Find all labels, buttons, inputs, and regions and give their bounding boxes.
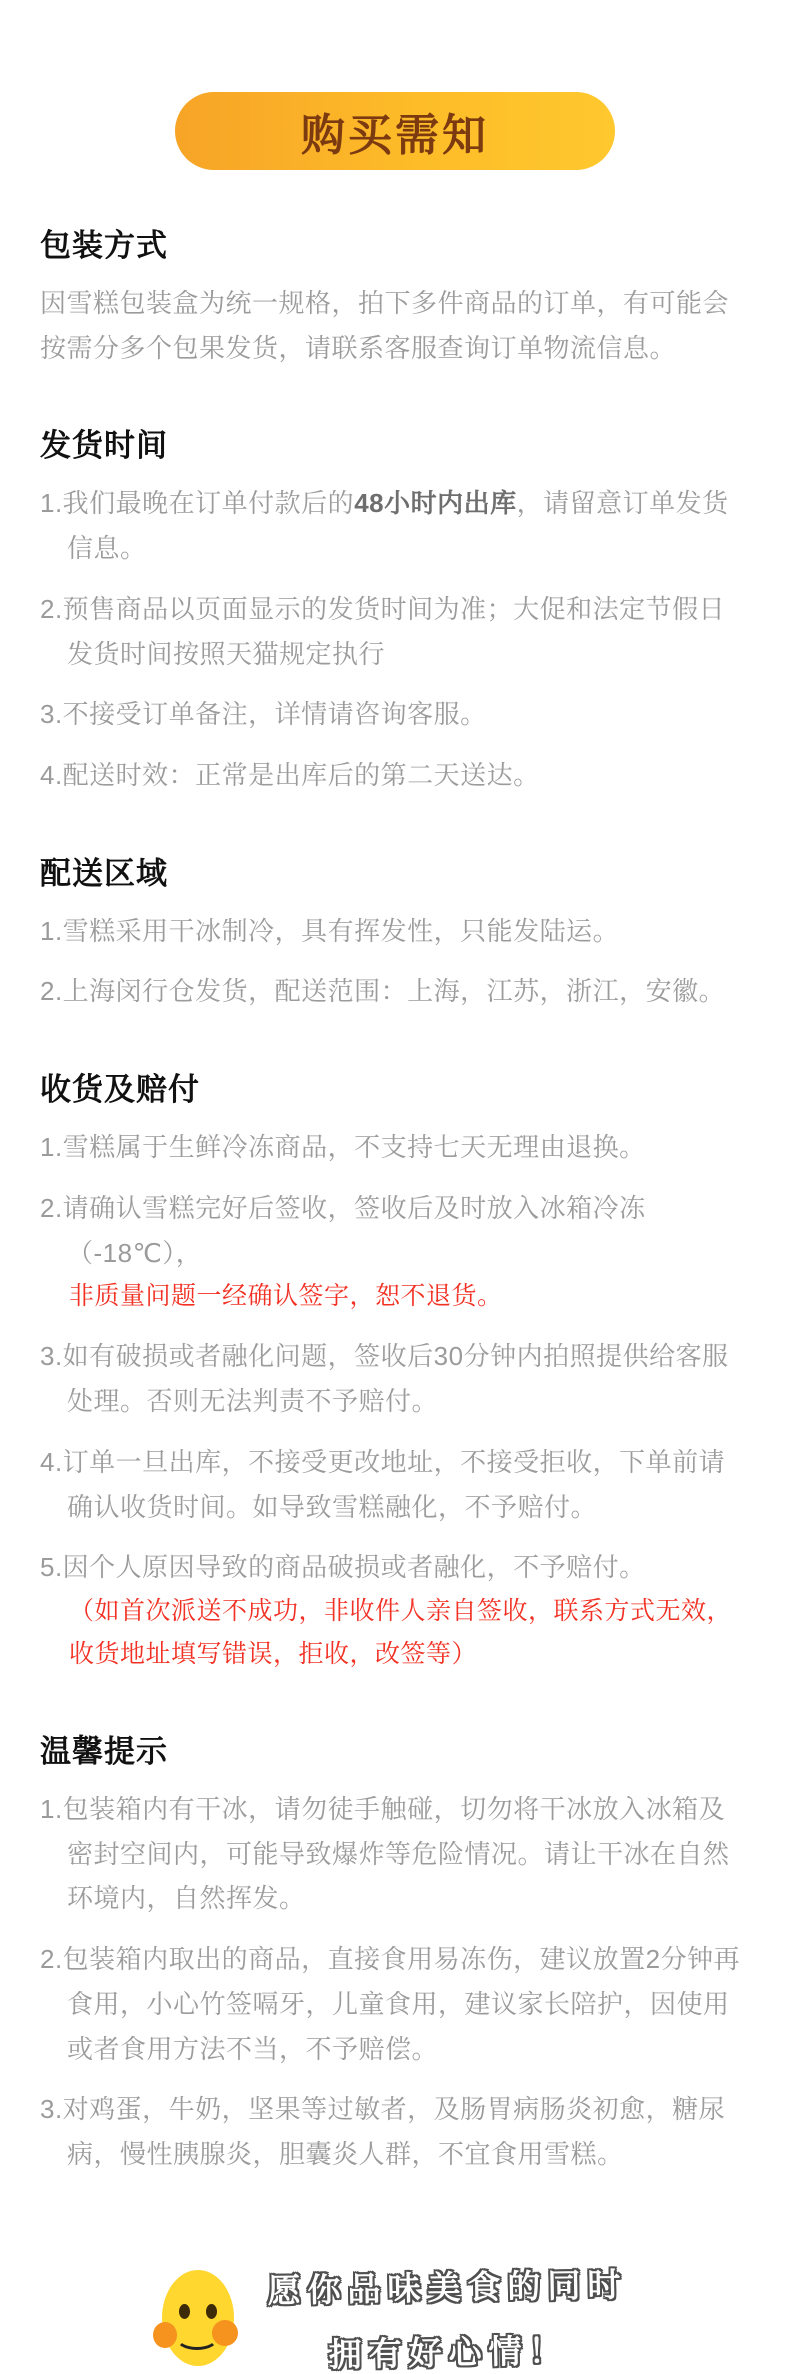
packaging-paragraph: 因雪糕包装盒为统一规格，拍下多件商品的订单，有可能会按需分多个包果发货，请联系客… (40, 281, 750, 370)
smiley-left-cheek (153, 2322, 177, 2348)
list-item: 4.订单一旦出库，不接受更改地址，不接受拒收，下单前请确认收货时间。如导致雪糕融… (40, 1440, 750, 1529)
item-text: 2.请确认雪糕完好后签收，签收后及时放入冰箱冷冻（-18℃）， (40, 1193, 646, 1268)
list-item: 4.配送时效：正常是出库后的第二天送达。 (40, 753, 750, 798)
list-item: 2.请确认雪糕完好后签收，签收后及时放入冰箱冷冻（-18℃）， 非质量问题一经确… (40, 1186, 750, 1318)
item-text: 5.因个人原因导致的商品破损或者融化，不予赔付。 (40, 1552, 646, 1582)
red-warning-note: （如首次派送不成功，非收件人亲自签收，联系方式无效，收货地址填写错误，拒收，改签… (69, 1590, 750, 1676)
list-item: 1.雪糕属于生鲜冷冻商品，不支持七天无理由退换。 (40, 1125, 750, 1170)
footer-line-2: 拥有好心情！ (268, 2324, 629, 2374)
section-heading-packaging: 包装方式 (40, 220, 750, 265)
item-bold-text: 48小时内出库 (354, 488, 516, 518)
smiley-right-eye (206, 2304, 217, 2319)
list-item: 5.因个人原因导致的商品破损或者融化，不予赔付。 （如首次派送不成功，非收件人亲… (40, 1545, 750, 1676)
section-warm-tips: 温馨提示 1.包装箱内有干冰，请勿徒手触碰，切勿将干冰放入冰箱及密封空间内，可能… (40, 1726, 750, 2177)
section-delivery-area: 配送区域 1.雪糕采用干冰制冷，具有挥发性，只能发陆运。 2.上海闵行仓发货，配… (40, 848, 750, 1014)
list-item: 1.雪糕采用干冰制冷，具有挥发性，只能发陆运。 (40, 909, 750, 954)
list-item: 2.包装箱内取出的商品，直接食用易冻伤，建议放置2分钟再食用，小心竹签嗝牙，儿童… (40, 1937, 750, 2071)
red-warning-note: 非质量问题一经确认签字，恕不退货。 (69, 1275, 750, 1318)
list-item: 3.不接受订单备注，详情请咨询客服。 (40, 692, 750, 737)
list-item: 1.包装箱内有干冰，请勿徒手触碰，切勿将干冰放入冰箱及密封空间内，可能导致爆炸等… (40, 1787, 750, 1921)
section-heading-delivery-area: 配送区域 (40, 848, 750, 893)
list-item: 3.对鸡蛋，牛奶，坚果等过敏者，及肠胃病肠炎初愈，糖尿病，慢性胰腺炎，胆囊炎人群… (40, 2087, 750, 2176)
smiley-face-icon (162, 2270, 234, 2366)
smiley-mouth (175, 2324, 219, 2350)
footer-message: 愿你品味美食的同时 拥有好心情！ (267, 2259, 629, 2374)
banner-title: 购买需知 (301, 99, 489, 163)
list-item: 2.上海闵行仓发货，配送范围：上海，江苏，浙江，安徽。 (40, 969, 750, 1014)
section-heading-warm-tips: 温馨提示 (40, 1726, 750, 1771)
section-packaging: 包装方式 因雪糕包装盒为统一规格，拍下多件商品的订单，有可能会按需分多个包果发货… (40, 220, 750, 370)
footer-line-1: 愿你品味美食的同时 (267, 2259, 628, 2312)
list-item: 2.预售商品以页面显示的发货时间为准；大促和法定节假日发货时间按照天猫规定执行 (40, 587, 750, 676)
list-item: 1.我们最晚在订单付款后的48小时内出库，请留意订单发货信息。 (40, 481, 750, 570)
section-heading-receipt-compensation: 收货及赔付 (40, 1064, 750, 1109)
purchase-notice-banner: 购买需知 (175, 92, 615, 170)
item-text: 1.我们最晚在订单付款后的 (40, 488, 354, 518)
footer-wish: 愿你品味美食的同时 拥有好心情！ (40, 2262, 750, 2374)
section-heading-shipping-time: 发货时间 (40, 420, 750, 465)
list-item: 3.如有破损或者融化问题，签收后30分钟内拍照提供给客服处理。否则无法判责不予赔… (40, 1334, 750, 1423)
smiley-left-eye (179, 2304, 190, 2319)
section-shipping-time: 发货时间 1.我们最晚在订单付款后的48小时内出库，请留意订单发货信息。 2.预… (40, 420, 750, 797)
section-receipt-compensation: 收货及赔付 1.雪糕属于生鲜冷冻商品，不支持七天无理由退换。 2.请确认雪糕完好… (40, 1064, 750, 1676)
